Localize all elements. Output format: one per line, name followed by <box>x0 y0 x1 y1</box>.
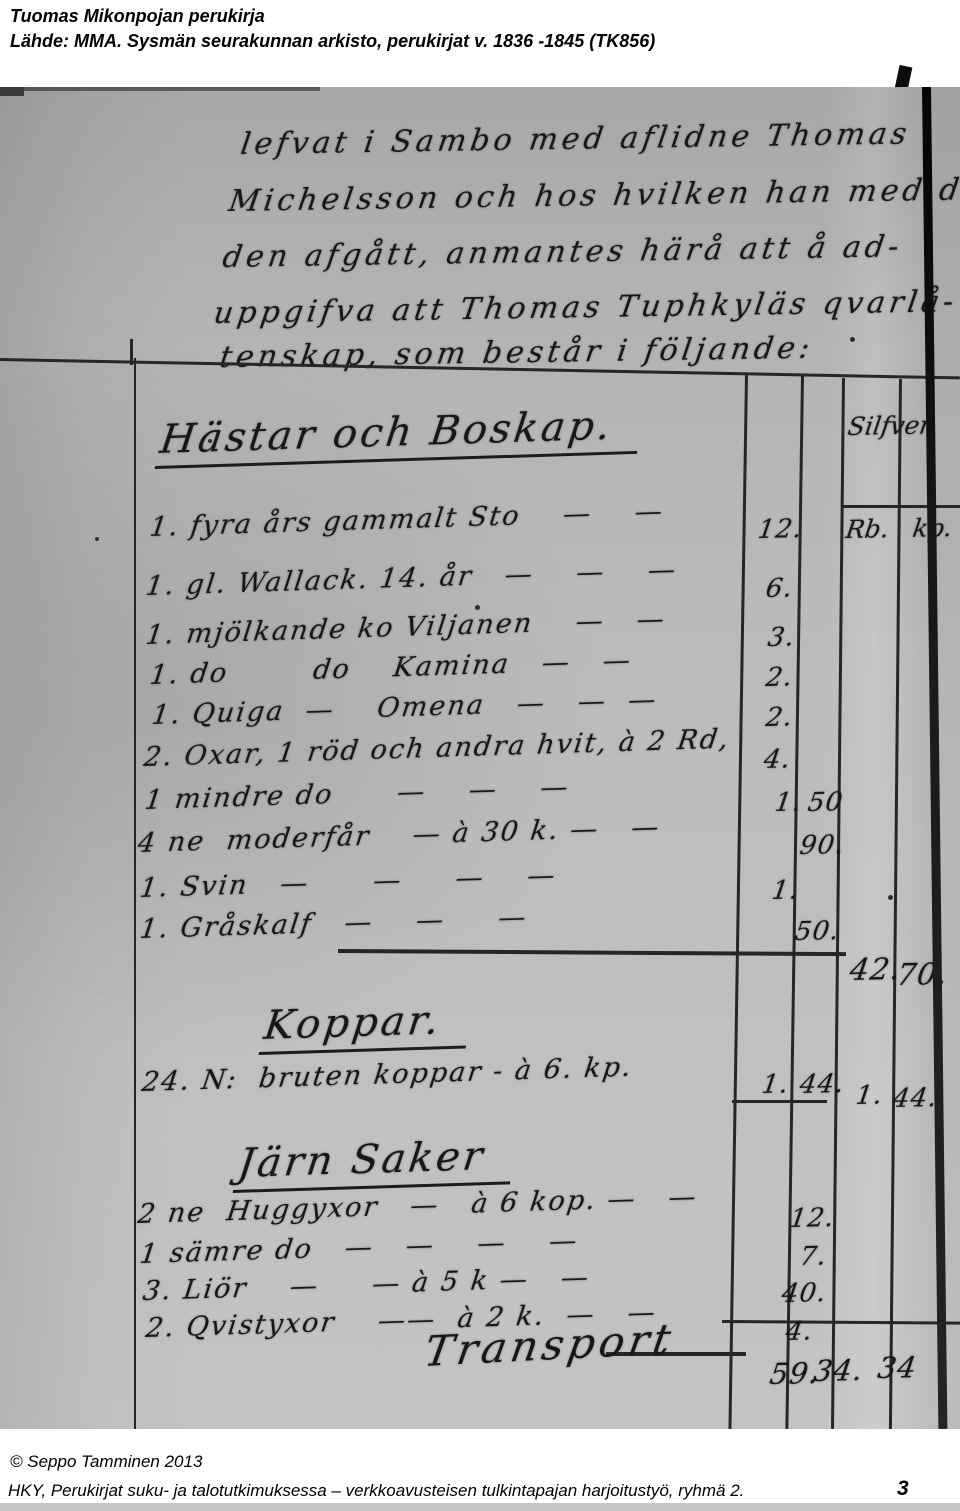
ink-speck <box>95 537 99 541</box>
column-header-units: Rb. kp. <box>844 513 954 544</box>
inventory-item-text: 1. gl. Wallack. 14. år — — — <box>144 554 679 602</box>
amount-kp: 50 <box>806 787 845 818</box>
table-gridline-vertical <box>134 358 136 1429</box>
copyright-line: © Seppo Tamminen 2013 <box>10 1452 202 1472</box>
transport-rule <box>722 1320 960 1325</box>
koppar-subtotal-rule <box>732 1100 827 1103</box>
section-heading: Koppar. <box>259 997 473 1055</box>
amount-kp: 90. <box>798 830 847 861</box>
transport-kp: 34. <box>812 1353 866 1388</box>
inventory-item-text: 1. Quiga — Omena — — — <box>150 684 659 731</box>
silver-amount-rb: 1. <box>854 1080 885 1111</box>
handwritten-paragraph-line: Michelsson och hos hvilken han med dö- <box>227 172 960 219</box>
page-number: 3 <box>897 1477 909 1501</box>
subtotal-rule <box>338 949 846 956</box>
amount-rb: 4. <box>762 744 793 775</box>
amount-rb: 12. <box>788 1203 837 1234</box>
amount-rb: 3. <box>766 622 797 653</box>
source-line: Lähde: MMA. Sysmän seurakunnan arkisto, … <box>10 31 655 52</box>
bottom-strip <box>0 1503 960 1511</box>
inventory-item-text: 24. N: bruten koppar - à 6. kp. <box>140 1052 635 1098</box>
ink-speck <box>888 895 893 900</box>
inventory-item-text: 1 mindre do — — — <box>143 772 572 816</box>
inventory-item-text: 4 ne moderfår — à 30 k. — — <box>136 812 662 859</box>
inventory-item-text: 1 sämre do — — — — <box>138 1225 580 1270</box>
amount-rb: 7. <box>798 1241 829 1272</box>
inventory-item-text: 1. Svin — — — — <box>138 860 558 904</box>
handwritten-paragraph-line: den afgått, anmantes härå att å ad- <box>221 229 905 275</box>
handwritten-paragraph-line: uppgifva att Thomas Tuphkyläs qvarlå- <box>212 284 960 331</box>
inventory-item-text: 1. mjölkande ko Viljanen — — <box>144 604 668 651</box>
amount-rb: 1. <box>773 787 804 818</box>
footer-course-line: HKY, Perukirjat suku- ja talotutkimukses… <box>8 1481 744 1501</box>
scan-top-smudge <box>0 87 320 91</box>
transport-silver: 34 <box>876 1350 920 1385</box>
amount-rb: 12. <box>756 514 805 545</box>
silver-amount-kp: 44. <box>891 1083 940 1114</box>
amount-kp: 50. <box>793 916 842 947</box>
handwritten-paragraph-line: lefvat i Sambo med aflidne Thomas <box>239 117 913 162</box>
ink-speck <box>475 605 480 610</box>
table-gridline-tick <box>130 339 133 365</box>
inventory-item-text: 1. do do Kamina — — <box>148 645 634 691</box>
table-gridline-vertical <box>831 378 845 1429</box>
document-scan-image: lefvat i Sambo med aflidne Thomas Michel… <box>0 87 960 1429</box>
column-header-silver: Silfver <box>846 411 934 441</box>
section-heading: Järn Saker <box>233 1132 517 1193</box>
amount-rb: 4. <box>784 1316 815 1347</box>
amount-rb: 1. <box>760 1069 791 1100</box>
amount-rb: 2. <box>764 702 795 733</box>
table-gridline-vertical <box>728 375 748 1429</box>
amount-rb: 2. <box>764 662 795 693</box>
ink-speck <box>850 337 855 342</box>
inventory-item-text: 2. Oxar, 1 röd och andra hvit, à 2 Rd, <box>142 724 732 773</box>
page-title: Tuomas Mikonpojan perukirja <box>10 6 265 27</box>
inventory-item-text: 2 ne Huggyxor — à 6 kop. — — <box>136 1182 700 1230</box>
silver-box-rule <box>842 505 960 508</box>
amount-rb: 40. <box>780 1278 829 1309</box>
scan-corner-shadow <box>0 87 24 96</box>
inventory-item-text: 1. fyra års gammalt Sto — — <box>148 496 666 543</box>
amount-kp: 44. <box>798 1069 847 1100</box>
ink-speck <box>208 439 212 443</box>
amount-rb: 6. <box>764 573 795 604</box>
inventory-item-text: 1. Gråskalf — — — <box>138 902 530 945</box>
section-heading: Hästar och Boskap. <box>155 402 644 469</box>
amount-rb: 1. <box>770 875 801 906</box>
